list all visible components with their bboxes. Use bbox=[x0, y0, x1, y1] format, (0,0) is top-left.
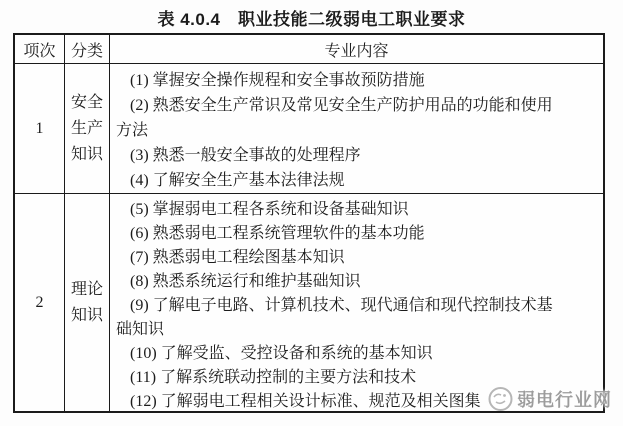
header-item-no: 项次 bbox=[15, 35, 65, 64]
content-line: (6) 熟悉弱电工程系统管理软件的基本功能 bbox=[116, 222, 597, 246]
content-line: (9) 了解电子电路、计算机技术、现代通信和现代控制技术基 bbox=[116, 294, 597, 318]
category-cell: 安全 生产 知识 bbox=[65, 64, 110, 194]
header-content: 专业内容 bbox=[110, 35, 603, 64]
category-cell: 理论 知识 bbox=[65, 194, 110, 411]
row-number: 2 bbox=[15, 194, 65, 411]
category-line: 生产 bbox=[71, 116, 103, 142]
category-line: 知识 bbox=[71, 142, 103, 168]
content-line: (5) 掌握弱电工程各系统和设备基础知识 bbox=[116, 198, 597, 222]
content-line: (2) 熟悉安全生产常识及常见安全生产防护用品的功能和使用 bbox=[116, 93, 597, 118]
content-line: (4) 了解安全生产基本法律法规 bbox=[116, 168, 597, 193]
content-line: (3) 熟悉一般安全事故的处理程序 bbox=[116, 143, 597, 168]
watermark: 弱电行业网 bbox=[487, 385, 612, 412]
header-category: 分类 bbox=[65, 35, 110, 64]
row-number: 1 bbox=[15, 64, 65, 194]
globe-logo-icon bbox=[487, 385, 514, 412]
watermark-label: 弱电行业网 bbox=[517, 386, 612, 412]
content-line: (1) 掌握安全操作规程和安全事故预防措施 bbox=[116, 68, 597, 93]
content-cell: (1) 掌握安全操作规程和安全事故预防措施 (2) 熟悉安全生产常识及常见安全生… bbox=[110, 64, 603, 194]
content-line: 方法 bbox=[116, 118, 597, 143]
category-line: 理论 bbox=[71, 277, 103, 303]
category-line: 安全 bbox=[71, 90, 103, 116]
content-line: 础知识 bbox=[116, 318, 597, 342]
content-line: (7) 熟悉弱电工程绘图基本知识 bbox=[116, 246, 597, 270]
requirements-table: 项次 分类 专业内容 1 安全 生产 知识 (1) 掌握安全操作规程和安全事故预… bbox=[13, 33, 605, 413]
content-line: (8) 熟悉系统运行和维护基础知识 bbox=[116, 270, 597, 294]
content-line: (10) 了解受监、受控设备和系统的基本知识 bbox=[116, 342, 597, 366]
document-page: { "title": "表 4.0.4 职业技能二级弱电工职业要求", "tab… bbox=[0, 0, 623, 426]
category-line: 知识 bbox=[71, 303, 103, 329]
content-cell: (5) 掌握弱电工程各系统和设备基础知识 (6) 熟悉弱电工程系统管理软件的基本… bbox=[110, 194, 603, 411]
table-title: 表 4.0.4 职业技能二级弱电工职业要求 bbox=[0, 5, 623, 30]
